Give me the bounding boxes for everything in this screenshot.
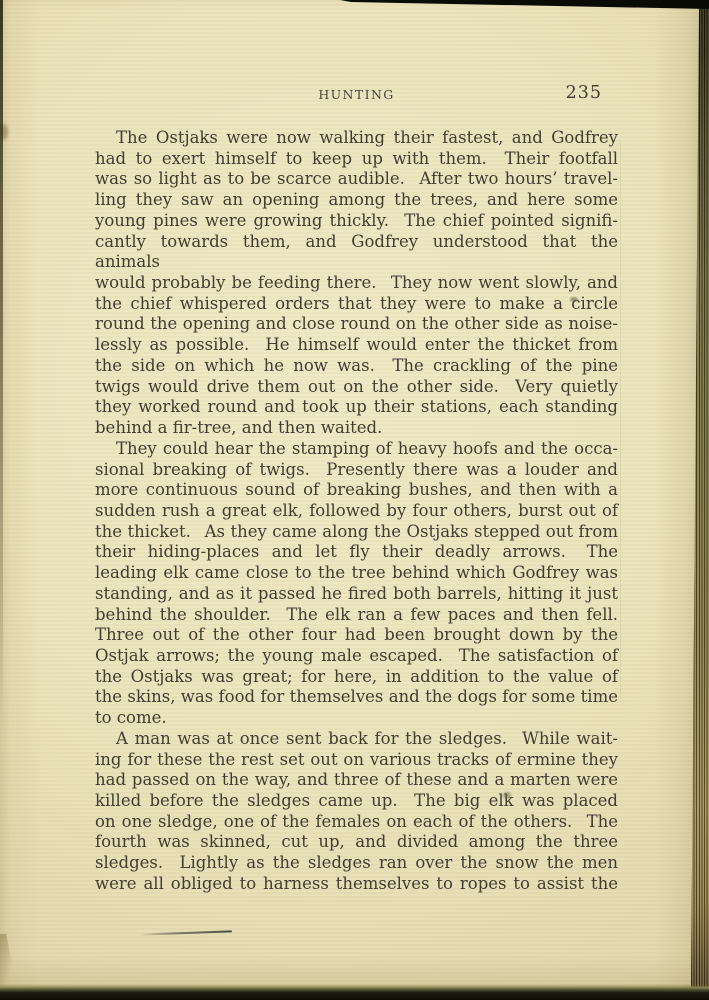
- text-line: to come.: [95, 708, 618, 729]
- text-line: They could hear the stamping of heavy ho…: [95, 439, 618, 460]
- text-line: twigs would drive them out on the other …: [95, 377, 618, 398]
- paragraph-2: They could hear the stamping of heavy ho…: [95, 439, 618, 729]
- text-line: round the opening and close round on the…: [95, 314, 618, 335]
- text-line: fourth was skinned, cut up, and divided …: [95, 832, 618, 853]
- scan-bottom-edge: [0, 984, 709, 1000]
- text-line: lessly as possible. He himself would ent…: [95, 335, 618, 356]
- text-line: the chief whispered orders that they wer…: [95, 294, 618, 315]
- text-line: sional breaking of twigs. Presently ther…: [95, 460, 618, 481]
- text-line: were all obliged to harness themselves t…: [95, 874, 618, 895]
- text-line: Ostjak arrows; the young male escaped. T…: [95, 646, 618, 667]
- text-line: they worked round and took up their stat…: [95, 397, 618, 418]
- page-header: HUNTING 235: [95, 86, 618, 108]
- text-line: their hiding-places and let fly their de…: [95, 542, 618, 563]
- text-line: would probably be feeding there. They no…: [95, 273, 618, 294]
- text-line: Three out of the other four had been bro…: [95, 625, 618, 646]
- ink-speck-artifact: [570, 297, 578, 302]
- ink-speck-artifact: [503, 792, 511, 799]
- text-line: leading elk came close to the tree behin…: [95, 563, 618, 584]
- text-line: had to exert himself to keep up with the…: [95, 149, 618, 170]
- text-line: A man was at once sent back for the sled…: [95, 729, 618, 750]
- text-line: cantly towards them, and Godfrey underst…: [95, 232, 618, 273]
- text-line: the thicket. As they came along the Ostj…: [95, 522, 618, 543]
- text-line: the skins, was food for themselves and t…: [95, 687, 618, 708]
- text-line: sudden rush a great elk, followed by fou…: [95, 501, 618, 522]
- page-number: 235: [566, 82, 602, 104]
- text-line: The Ostjaks were now walking their faste…: [95, 128, 618, 149]
- running-title: HUNTING: [95, 86, 618, 104]
- text-line: the Ostjaks was great; for here, in addi…: [95, 667, 618, 688]
- text-line: killed before the sledges came up. The b…: [95, 791, 618, 812]
- paper-crease-artifact: [620, 140, 621, 700]
- text-line: had passed on the way, and three of thes…: [95, 770, 618, 791]
- text-line: sledges. Lightly as the sledges ran over…: [95, 853, 618, 874]
- paragraph-3: A man was at once sent back for the sled…: [95, 729, 618, 895]
- text-line: on one sledge, one of the females on eac…: [95, 812, 618, 833]
- text-line: was so light as to be scarce audible. Af…: [95, 169, 618, 190]
- text-line: standing, and as it passed he fired both…: [95, 584, 618, 605]
- scan-left-edge: [0, 0, 3, 720]
- text-line: behind the shoulder. The elk ran a few p…: [95, 605, 618, 626]
- text-line: ing for these the rest set out on variou…: [95, 750, 618, 771]
- text-line: more continuous sound of breaking bushes…: [95, 480, 618, 501]
- text-line: behind a fir-tree, and then waited.: [95, 418, 618, 439]
- text-line: the side on which he now was. The crackl…: [95, 356, 618, 377]
- text-line: young pines were growing thickly. The ch…: [95, 211, 618, 232]
- scanned-book-page: HUNTING 235 The Ostjaks were now walking…: [0, 0, 709, 1000]
- page-body-text: The Ostjaks were now walking their faste…: [95, 128, 618, 895]
- text-line: ling they saw an opening among the trees…: [95, 190, 618, 211]
- paragraph-1: The Ostjaks were now walking their faste…: [95, 128, 618, 439]
